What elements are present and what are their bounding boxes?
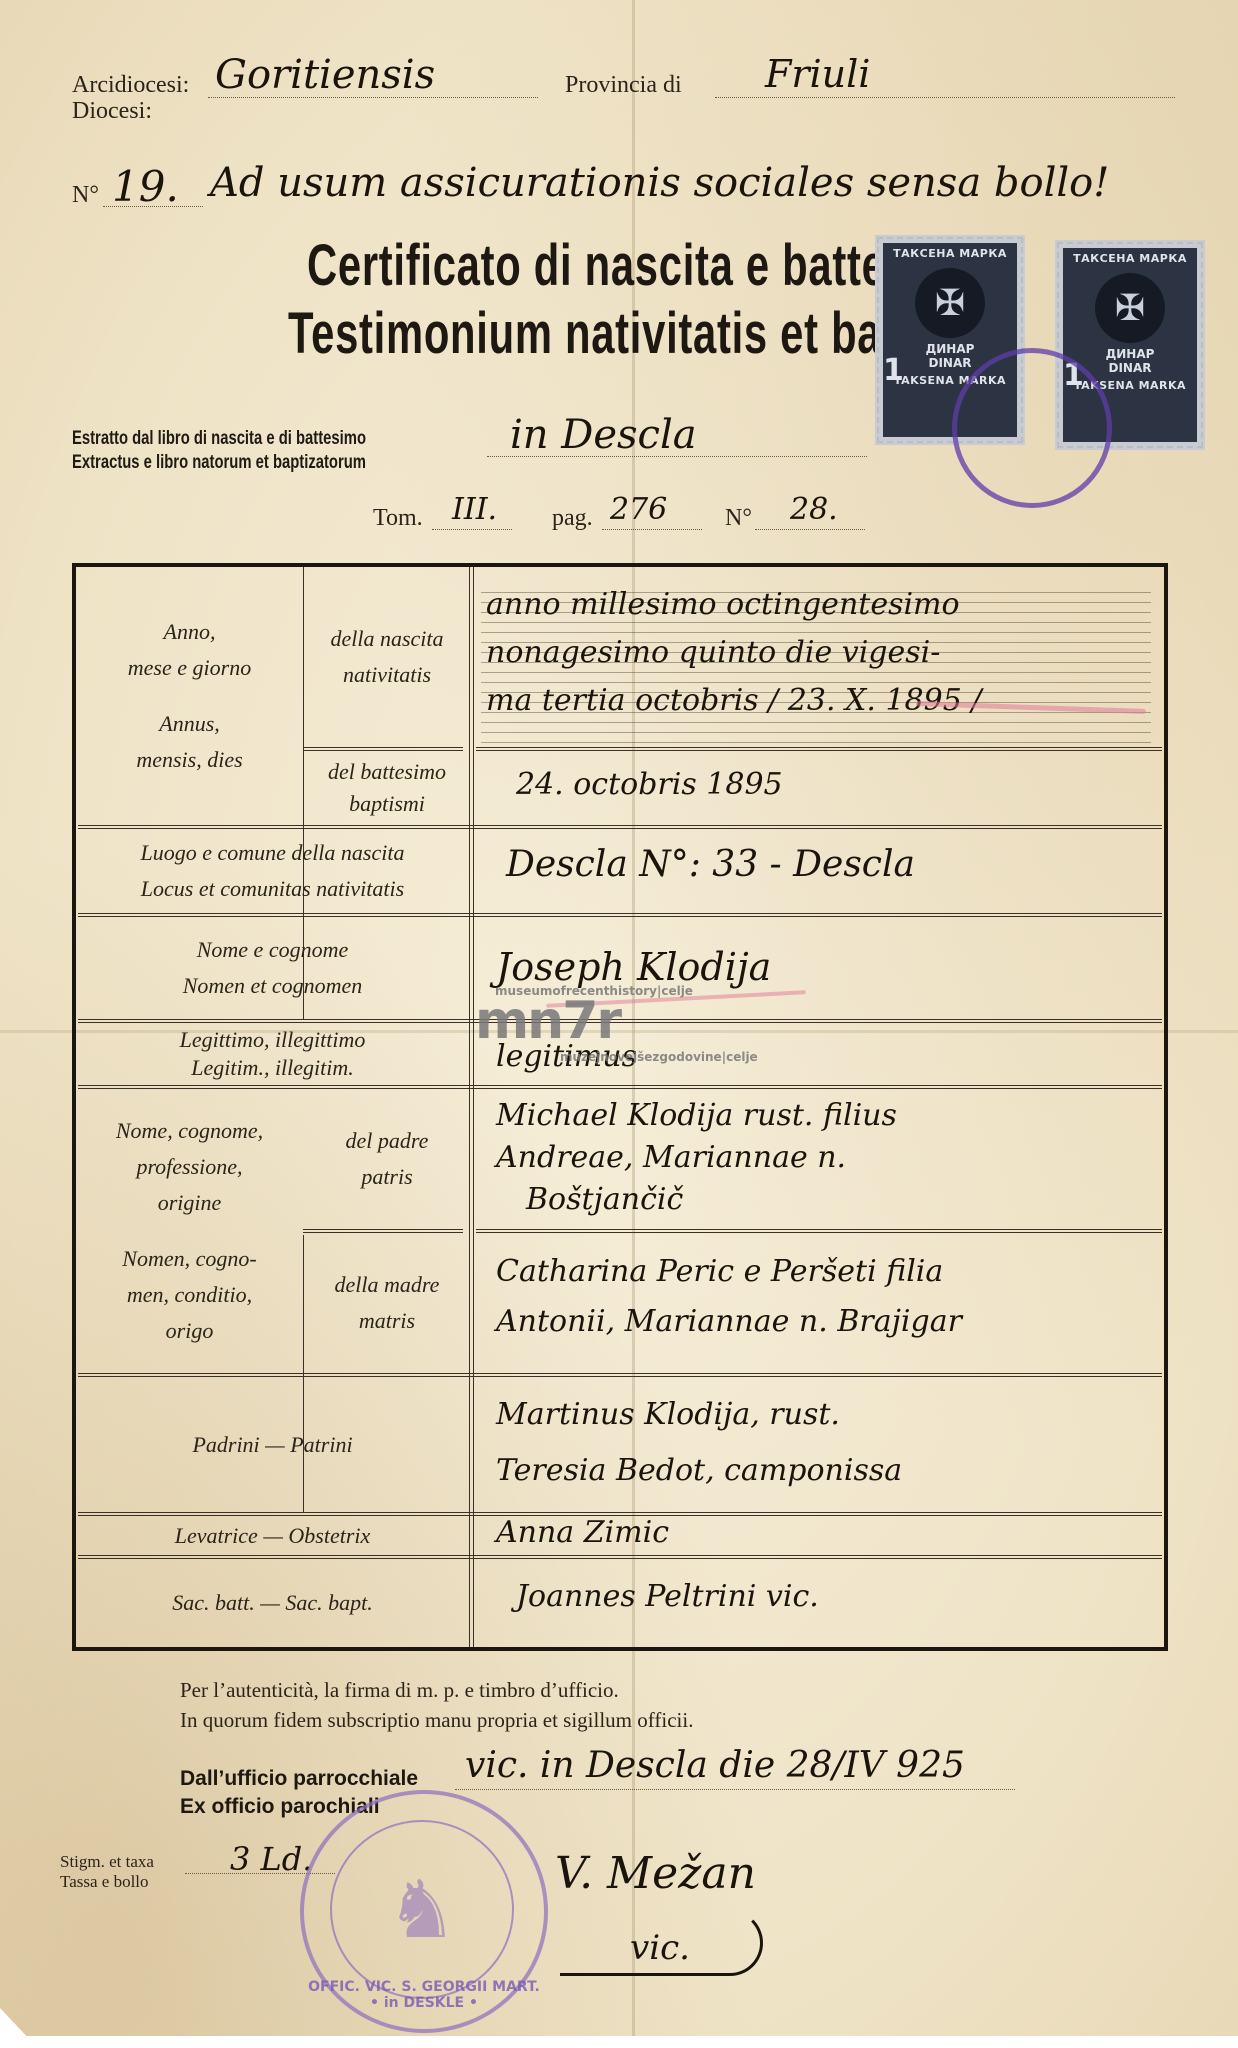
name-value: Joseph Klodija xyxy=(496,947,771,987)
tom-value: III. xyxy=(452,492,497,527)
no-value: 28. xyxy=(790,492,838,527)
tax-label-italian: Tassa e bollo xyxy=(60,1872,154,1892)
province-label: Provincia di xyxy=(565,72,682,99)
signature-flourish xyxy=(560,1910,763,1976)
double-eagle-icon: ✠ xyxy=(915,268,985,338)
parish-seal: ♞ OFFIC. VIC. S. GEORGII MART. • in DESK… xyxy=(300,1790,548,2033)
place-value: Descla N°: 33 - Descla xyxy=(506,845,915,885)
label-line: Nome, cognome, xyxy=(116,1113,263,1149)
title-italian: Certificato di nascita e battesi xyxy=(307,232,922,299)
label-line: Nomen et cognomen xyxy=(183,968,363,1004)
father-value: Michael Klodija rust. filius Andreae, Ma… xyxy=(496,1095,897,1221)
auth-italian: Per l’autenticità, la firma di m. p. e t… xyxy=(180,1675,693,1705)
label-line: della madre xyxy=(335,1267,440,1303)
extract-label-italian: Estratto dal libro di nascita e di batte… xyxy=(72,427,366,451)
value-line: Catharina Peric e Peršeti filia xyxy=(496,1247,962,1297)
label-line: Nomen, cogno- xyxy=(122,1241,256,1277)
tax-label-latin: Stigm. et taxa xyxy=(60,1852,154,1872)
label-line: professione, xyxy=(136,1149,242,1185)
office-label-italian: Dall’ufficio parrocchiale xyxy=(180,1765,418,1793)
tax-value: 3 Ld. xyxy=(230,1840,312,1878)
legitimacy-label: Legittimo, illegittimo Legitim., illegit… xyxy=(76,1023,469,1085)
birth-date-value: anno millesimo octingentesimo nonagesimo… xyxy=(486,581,1166,725)
header-note: Ad usum assicurationis sociales sensa bo… xyxy=(210,160,1109,206)
extract-label: Estratto dal libro di nascita e di batte… xyxy=(72,427,366,475)
mother-sublabel: della madre matris xyxy=(303,1233,471,1373)
midwife-value: Anna Zimic xyxy=(496,1513,669,1553)
tom-field-line xyxy=(432,528,512,530)
date-group-label: Anno, mese e giorno Annus, mensis, dies xyxy=(76,567,303,825)
mother-value: Catharina Peric e Peršeti filia Antonii,… xyxy=(496,1247,962,1347)
priest-value: Joannes Peltrini vic. xyxy=(516,1577,819,1617)
place-label: Luogo e comune della nascita Locus et co… xyxy=(76,829,469,913)
pag-value: 276 xyxy=(610,492,667,527)
extract-value: in Descla xyxy=(510,412,697,458)
province-value: Friuli xyxy=(765,52,870,96)
label-line: patris xyxy=(361,1159,412,1195)
no-field-line xyxy=(755,528,865,530)
godparents-label: Padrini — Patrini xyxy=(76,1377,469,1512)
row-divider xyxy=(476,1229,1162,1233)
seal-text: OFFIC. VIC. S. GEORGII MART. • in DESKLE… xyxy=(304,1979,544,2011)
label-line: men, conditio, xyxy=(127,1277,252,1313)
stamp-top-text: ТАКСЕНА МАРКА xyxy=(883,247,1017,260)
value-line: Boštjančič xyxy=(496,1179,897,1221)
value-line: Martinus Klodija, rust. xyxy=(496,1387,902,1443)
value-line: anno millesimo octingentesimo xyxy=(486,581,1166,629)
row-divider xyxy=(476,747,1162,751)
label-line: Locus et comunitas nativitatis xyxy=(141,871,404,907)
province-field-line xyxy=(715,96,1175,98)
no-label: N° xyxy=(725,505,752,532)
label-line: Legitim., illegitim. xyxy=(191,1054,354,1082)
stamp-value: 1 xyxy=(883,356,904,386)
number-label: N° xyxy=(72,182,99,209)
label-line: della nascita xyxy=(330,621,443,657)
father-sublabel: del padre patris xyxy=(303,1089,471,1229)
label-line: matris xyxy=(359,1303,415,1339)
label-line: Nome e cognome xyxy=(197,932,349,968)
archdiocese-label-group: Arcidiocesi: Diocesi: xyxy=(72,72,189,124)
value-line: ma tertia octobris / 23. X. 1895 / xyxy=(486,677,1166,725)
authentication-text: Per l’autenticità, la firma di m. p. e t… xyxy=(180,1675,693,1735)
extract-label-latin: Extractus e libro natorum et baptizatoru… xyxy=(72,451,366,475)
midwife-label: Levatrice — Obstetrix xyxy=(76,1516,469,1555)
stamp-top-text: ТАКСЕНА МАРКА xyxy=(1063,252,1197,265)
title-latin: Testimonium nativitatis et bapt xyxy=(288,300,922,367)
value-line: Michael Klodija rust. filius xyxy=(496,1095,897,1137)
col-divider-value-right xyxy=(473,567,474,1647)
office-field-line xyxy=(455,1788,1015,1790)
value-line: Teresia Bedot, camponissa xyxy=(496,1443,902,1499)
cancellation-seal xyxy=(952,348,1112,508)
watermark-bottom-text: muzejnovejšezgodovine|celje xyxy=(560,1050,758,1064)
value-line: nonagesimo quinto die vigesi- xyxy=(486,629,1166,677)
godparents-value: Martinus Klodija, rust. Teresia Bedot, c… xyxy=(496,1387,902,1499)
signature: V. Mežan xyxy=(555,1848,756,1899)
name-label: Nome e cognome Nomen et cognomen xyxy=(76,917,469,1019)
label-line: mensis, dies xyxy=(136,742,242,778)
label-line: Luogo e comune della nascita xyxy=(141,835,405,871)
label-line: del padre xyxy=(346,1123,429,1159)
saint-george-icon: ♞ xyxy=(330,1820,514,1999)
parents-group-label: Nome, cognome, professione, origine Nome… xyxy=(76,1089,303,1373)
baptism-date-value: 24. octobris 1895 xyxy=(516,765,783,805)
double-eagle-icon: ✠ xyxy=(1095,273,1165,343)
pag-label: pag. xyxy=(552,505,593,532)
label-line: Legittimo, illegittimo xyxy=(180,1026,366,1054)
value-line: Andreae, Mariannae n. xyxy=(496,1137,897,1179)
number-value: 19. xyxy=(112,162,179,211)
pag-field-line xyxy=(602,528,702,530)
diocese-label: Diocesi: xyxy=(72,98,189,124)
label-line: del battesimo xyxy=(328,756,446,788)
office-value: vic. in Descla die 28/IV 925 xyxy=(465,1745,965,1786)
label-line: Anno, xyxy=(164,614,216,650)
value-line: Antonii, Mariannae n. Brajigar xyxy=(496,1297,962,1347)
tax-label: Stigm. et taxa Tassa e bollo xyxy=(60,1852,154,1892)
baptism-sublabel: del battesimo baptismi xyxy=(303,751,471,825)
watermark-logo: mn7r xyxy=(475,995,620,1047)
label-line: mese e giorno xyxy=(128,650,251,686)
record-table: Anno, mese e giorno Annus, mensis, dies … xyxy=(72,563,1168,1651)
archdiocese-label: Arcidiocesi: xyxy=(72,72,189,98)
archdiocese-value: Goritiensis xyxy=(215,52,435,98)
auth-latin: In quorum fidem subscriptio manu propria… xyxy=(180,1705,693,1735)
birth-sublabel: della nascita nativitatis xyxy=(303,567,471,747)
tom-label: Tom. xyxy=(373,505,423,532)
label-line: nativitatis xyxy=(343,657,431,693)
label-line: origine xyxy=(158,1185,222,1221)
label-line: Annus, xyxy=(159,706,220,742)
label-line: origo xyxy=(166,1313,214,1349)
label-line: baptismi xyxy=(349,788,425,820)
priest-label: Sac. batt. — Sac. bapt. xyxy=(76,1559,469,1647)
